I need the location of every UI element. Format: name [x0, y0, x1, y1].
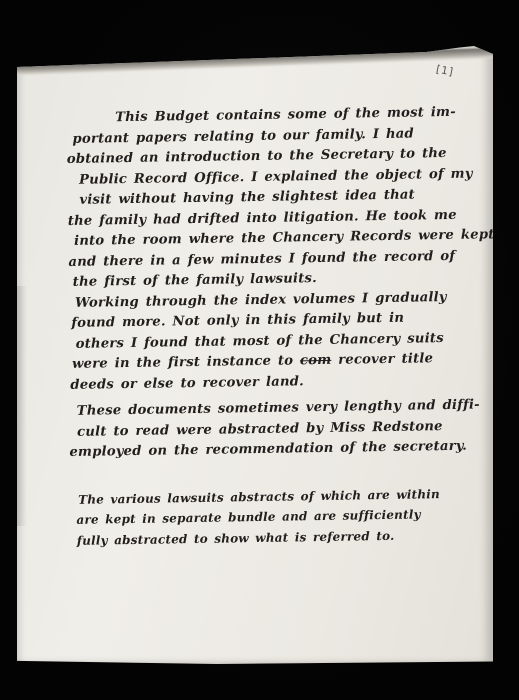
manuscript-page: [1] This Budget contains some of the mos…	[17, 46, 493, 664]
paper-edge-smudge	[17, 286, 27, 526]
scanned-document: [1] This Budget contains some of the mos…	[0, 0, 519, 700]
page-number-stamp: [1]	[435, 63, 455, 78]
handwritten-text-block: This Budget contains some of the most im…	[64, 102, 499, 551]
struck-out-word: com	[300, 353, 332, 368]
